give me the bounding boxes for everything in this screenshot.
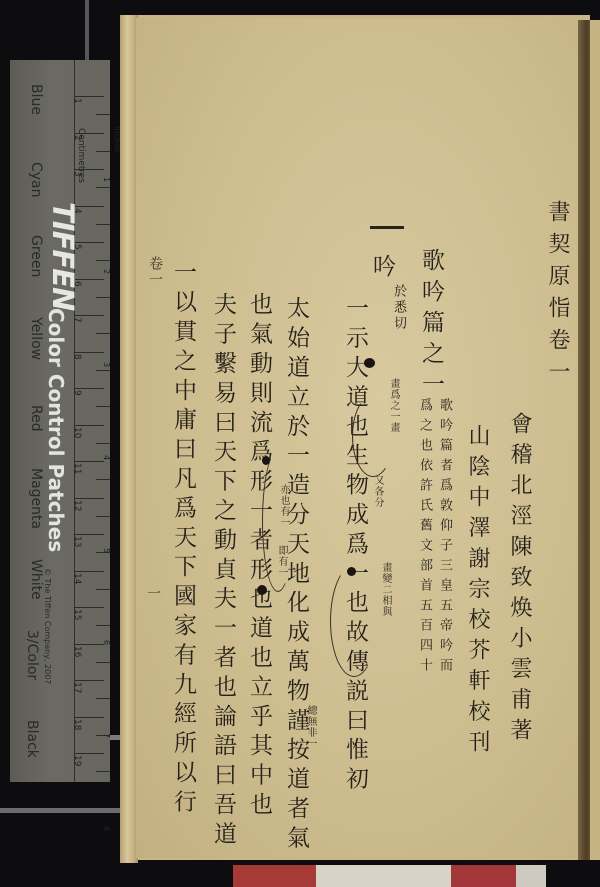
cloth-red-band: [233, 865, 316, 887]
cm-tick-label: 18: [72, 719, 82, 730]
ruler-tick: [96, 260, 110, 261]
ink-blot: [262, 456, 270, 465]
ruler-tick: [74, 607, 104, 608]
ruler-tick: [96, 662, 110, 663]
ruler-tick: [74, 644, 104, 645]
inch-tick-label: 7: [102, 733, 111, 738]
ruler-tick: [74, 717, 104, 718]
ruler-tick: [96, 516, 110, 517]
cm-tick-label: 19: [72, 755, 82, 766]
ruler-tick: [74, 315, 104, 316]
inch-tick-label: 5: [102, 548, 111, 553]
ruler-tick: [74, 352, 104, 353]
ruler-tick: [96, 224, 110, 225]
cloth-red-band: [451, 865, 516, 887]
ruler-tick: [96, 625, 110, 626]
color-label-white: White: [28, 559, 44, 600]
ruler-tick: [74, 498, 104, 499]
text-column-1: 一示大道也生物成爲一也故傳説曰惟初: [343, 296, 366, 796]
ruler-tick: [96, 443, 110, 444]
color-label-black: Black: [24, 720, 40, 758]
entry-character: 吟: [370, 254, 393, 283]
cm-tick-label: 10: [72, 427, 82, 438]
ruler-tick: [96, 151, 110, 152]
ruler-tick: [96, 187, 110, 188]
ruler-tick: [74, 388, 104, 389]
inch-tick-label: 3: [102, 362, 111, 367]
annotation: 又各分: [372, 475, 382, 508]
cm-tick-label: 16: [72, 646, 82, 657]
ruler-tick: [96, 589, 110, 590]
editor-line: 山陰中澤謝宗校芥軒校刊: [466, 424, 488, 761]
product-name: Color Control Patches: [44, 308, 68, 552]
inch-tick-label: 4: [102, 455, 111, 460]
ruler-tick: [96, 698, 110, 699]
facing-page-edge: [590, 20, 600, 860]
units-cm-label: Centimetres: [76, 128, 86, 183]
ruler-tick: [74, 680, 104, 681]
brand-logo: TIFFEN: [46, 202, 80, 310]
ruler-tick: [96, 370, 110, 371]
inch-tick-label: 8: [102, 826, 111, 831]
ruler-tick: [74, 571, 104, 572]
backdrop-stripe: [85, 0, 89, 60]
ruler-tick: [96, 479, 110, 480]
color-control-strip: 1234567891011121314151617181912345678 Ce…: [10, 60, 110, 782]
section-heading: 歌吟篇之一: [419, 248, 442, 403]
text-column-4: 夫子繫易曰天下之動貞夫一者也論語曰吾道: [211, 292, 234, 851]
ruler-tick: [96, 333, 110, 334]
annotation: 總無非一: [305, 705, 315, 749]
color-label-3color: 3/Color: [24, 630, 40, 680]
section-note-col2: 爲之也依許氏舊文部首五百四十: [418, 398, 431, 678]
color-label-magenta: Magenta: [28, 468, 44, 529]
inch-tick-label: 2: [102, 269, 111, 274]
cm-tick-label: 12: [72, 500, 82, 511]
cloth-white-band: [516, 865, 546, 887]
cm-tick-label: 9: [72, 390, 82, 396]
ink-blot: [347, 567, 356, 576]
cm-tick-label: 17: [72, 682, 82, 693]
page-number: 一: [146, 586, 160, 602]
book-title: 書契原恉卷一: [546, 200, 568, 392]
color-label-red: Red: [28, 405, 44, 432]
annotation: 畫變二相與: [380, 562, 390, 617]
cm-tick-label: 14: [72, 573, 82, 584]
cm-tick-label: 1: [72, 98, 82, 104]
cm-tick-label: 15: [72, 609, 82, 620]
cloth-white-band: [316, 865, 451, 887]
backdrop-stripe: [0, 808, 120, 813]
cm-tick-label: 11: [72, 463, 82, 474]
entry-pronunciation-a: 於悉切: [392, 284, 405, 332]
cm-tick-label: 7: [72, 317, 82, 323]
color-label-cyan: Cyan: [28, 162, 44, 198]
ink-blot: [257, 585, 267, 595]
cm-tick-label: 13: [72, 536, 82, 547]
annotation-stroke: [262, 450, 294, 592]
copyright-text: © The Tiffen Company, 2007: [43, 568, 52, 684]
ruler-tick: [74, 753, 104, 754]
ink-blot: [364, 358, 375, 368]
inch-tick-label: 6: [102, 640, 111, 645]
color-label-yellow: Yellow: [28, 317, 44, 360]
section-note-col1: 歌吟篇者爲敦仰子三皇五帝吟而: [438, 398, 451, 678]
ruler-tick: [96, 114, 110, 115]
annotation-stroke: [352, 395, 394, 477]
margin-chapter-label: 卷一: [148, 256, 162, 288]
cm-tick-label: 8: [72, 354, 82, 360]
ruler-tick: [74, 425, 104, 426]
ruler-tick: [74, 96, 104, 97]
annotation-stroke: [330, 565, 378, 677]
inch-tick-label: 1: [102, 177, 111, 182]
color-label-blue: Blue: [28, 84, 44, 115]
ruler-tick: [96, 771, 110, 772]
ruler-tick: [96, 406, 110, 407]
text-column-5: 一以貫之中庸曰凡爲天下國家有九經所以行: [171, 260, 194, 819]
color-label-green: Green: [28, 235, 44, 277]
ruler-tick: [96, 297, 110, 298]
author-line: 會稽北涇陳致焕小雲甫著: [508, 412, 530, 749]
ruler-tick: [74, 461, 104, 462]
ruler-tick: [74, 534, 104, 535]
chapter-mark: [370, 226, 404, 229]
